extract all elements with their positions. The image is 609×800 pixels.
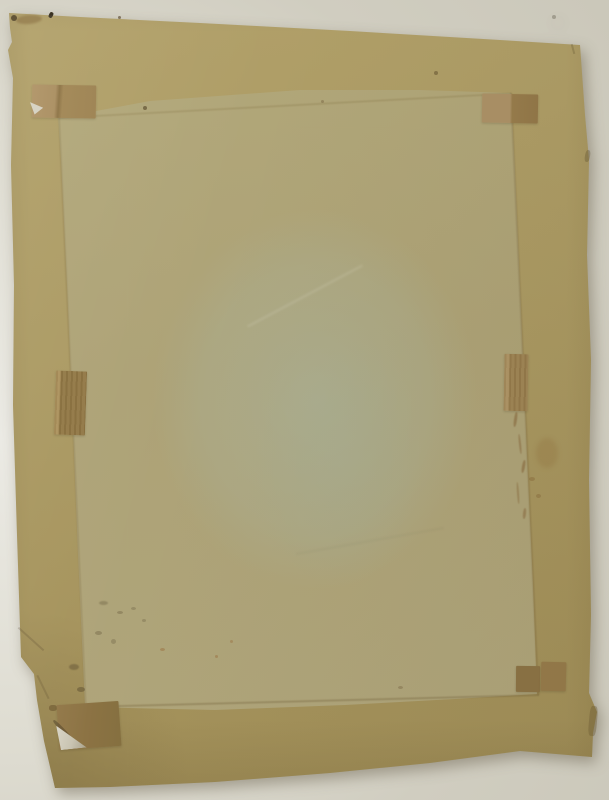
stain-top-fleck (118, 16, 121, 19)
artwork-verso-group (0, 0, 609, 800)
backdrop-speck (552, 15, 556, 19)
photo-canvas (0, 0, 609, 800)
lighting-overlay (0, 0, 609, 800)
